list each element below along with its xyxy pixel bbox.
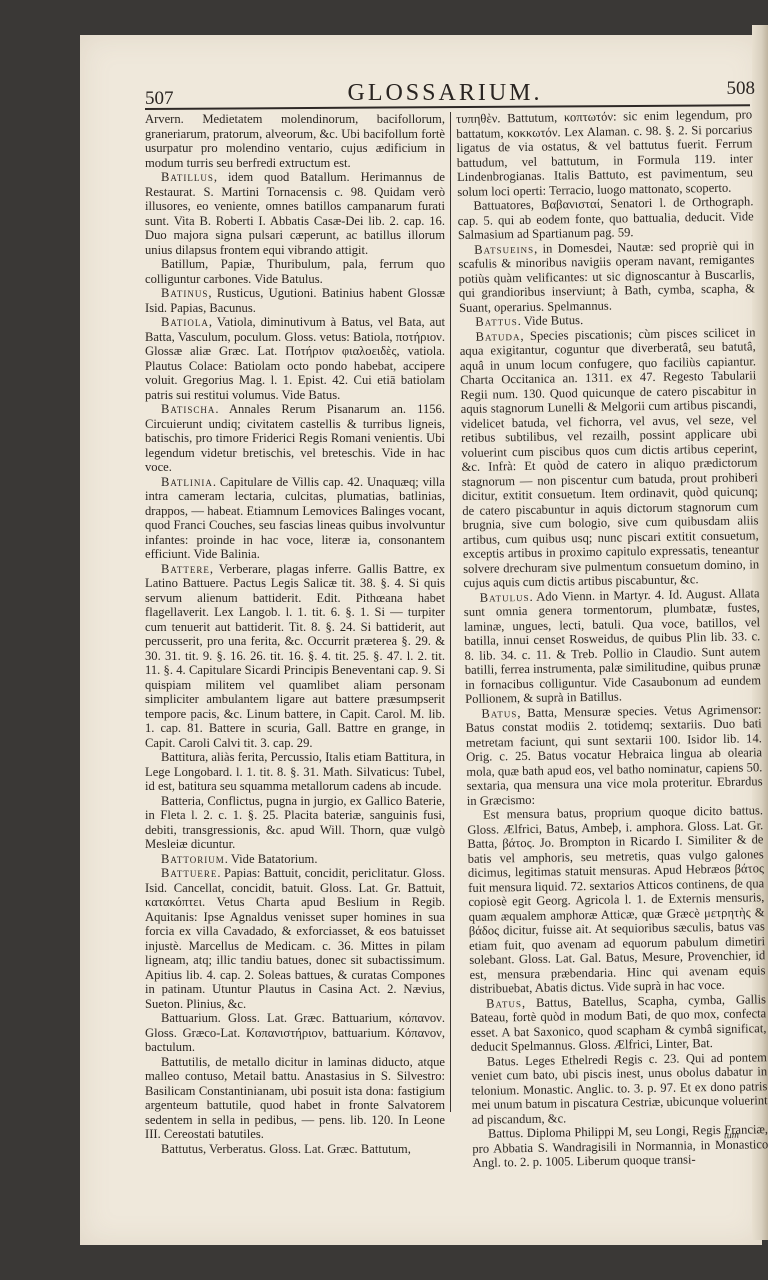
glossary-entry: Batsueins, in Domesdei, Nautæ: sed propr… (458, 238, 755, 315)
entry-headword: Batiola (161, 315, 209, 329)
entry-text: Batus. Leges Ethelredi Regis c. 23. Qui … (471, 1050, 768, 1127)
glossary-entry: Battuarium. Gloss. Lat. Græc. Battuarium… (145, 1011, 445, 1055)
glossary-entry: Batus, Battus, Batellus, Scapha, cymba, … (470, 992, 767, 1055)
entry-text: Est mensura batus, proprium quoque dicit… (467, 803, 765, 996)
entry-text: , Species piscationis; cùm pisces scilic… (460, 325, 760, 590)
entry-text: . Vide Butus. (518, 313, 584, 328)
glossary-entry: Est mensura batus, proprium quoque dicit… (467, 803, 766, 996)
entry-headword: Batischa (161, 402, 215, 416)
glossary-entry: τυπηθὲν. Battutum, κοπτωτόν: sic enim le… (456, 107, 753, 199)
glossary-entry: Batus. Leges Ethelredi Regis c. 23. Qui … (471, 1050, 768, 1127)
catchword: tum (724, 1130, 740, 1142)
entry-headword: Battus (475, 314, 518, 329)
entry-text: . Vide Batatorium. (225, 852, 318, 866)
entry-text: Batillum, Papiæ, Thuribulum, pala, ferru… (145, 257, 445, 286)
entry-text: Arvern. Medietatem molendinorum, bacifol… (145, 112, 445, 170)
entry-text: Battutus, Verberatus. Gloss. Lat. Græc. … (161, 1142, 411, 1156)
entry-text: , Verberare, plagas inferre. Gallis Batt… (145, 562, 445, 750)
running-header: 507 GLOSSARIUM. 508 (145, 78, 745, 108)
glossary-entry: Battuere. Papias: Battuit, concidit, per… (145, 866, 445, 1011)
glossary-entry: Battorium. Vide Batatorium. (145, 852, 445, 867)
entry-headword: Battere (161, 562, 210, 576)
page-number-right: 508 (727, 78, 756, 100)
glossary-entry: Batuda, Species piscationis; cùm pisces … (459, 325, 759, 591)
glossary-entry: Battere, Verberare, plagas inferre. Gall… (145, 562, 445, 751)
glossary-entry: Batillus, idem quod Batallum. Herimannus… (145, 170, 445, 257)
glossary-entry: Battutus, Verberatus. Gloss. Lat. Græc. … (145, 1142, 445, 1157)
column-divider (450, 112, 451, 1112)
glossary-entry: Batlinia. Capitulare de Villis cap. 42. … (145, 475, 445, 562)
right-column: τυπηθὲν. Battutum, κοπτωτόν: sic enim le… (456, 107, 768, 1170)
glossary-entry: Battutilis, de metallo dicitur in lamina… (145, 1055, 445, 1142)
entry-headword: Batulus (480, 589, 530, 604)
left-column: Arvern. Medietatem molendinorum, bacifol… (145, 112, 445, 1156)
entry-headword: Batillus (161, 170, 214, 184)
entry-text: . Ado Vienn. in Martyr. 4. Id. August. A… (464, 586, 761, 706)
entry-headword: Batuda (475, 329, 520, 344)
glossary-entry: Batus, Batta, Mensuræ species. Vetus Agr… (465, 702, 763, 808)
glossary-entry: Batiola, Vatiola, diminutivum à Batus, v… (145, 315, 445, 402)
entry-text: Battuatores, Βαβανισταί, Senatori l. de … (458, 194, 754, 242)
glossary-entry: Batulus. Ado Vienn. in Martyr. 4. Id. Au… (464, 586, 762, 707)
entry-headword: Batus (486, 996, 522, 1011)
entry-headword: Batsueins (474, 241, 534, 256)
entry-text: Battuarium. Gloss. Lat. Græc. Battuarium… (145, 1011, 445, 1054)
entry-headword: Battorium (161, 852, 225, 866)
entry-headword: Battuere (161, 866, 217, 880)
page-title: GLOSSARIUM. (145, 80, 745, 107)
entry-headword: Batus (481, 706, 517, 721)
entry-text: Battitura, aliàs ferita, Percussio, Ital… (145, 750, 445, 793)
glossary-entry: Battitura, aliàs ferita, Percussio, Ital… (145, 750, 445, 794)
glossary-entry: Battuatores, Βαβανισταί, Senatori l. de … (457, 194, 754, 242)
entry-headword: Batlinia (161, 475, 213, 489)
glossary-entry: Batischa. Annales Rerum Pisanarum an. 11… (145, 402, 445, 475)
glossary-entry: Arvern. Medietatem molendinorum, bacifol… (145, 112, 445, 170)
entry-text: . Papias: Battuit, concidit, periclitatu… (145, 866, 445, 1011)
entry-text: τυπηθὲν. Battutum, κοπτωτόν: sic enim le… (456, 107, 753, 198)
entry-text: Batteria, Conflictus, pugna in jurgio, e… (145, 794, 445, 852)
entry-headword: Batinus (161, 286, 208, 300)
glossary-entry: Batinus, Rusticus, Ugutioni. Batinius ha… (145, 286, 445, 315)
glossary-entry: Batillum, Papiæ, Thuribulum, pala, ferru… (145, 257, 445, 286)
glossary-entry: Batteria, Conflictus, pugna in jurgio, e… (145, 794, 445, 852)
entry-text: Battutilis, de metallo dicitur in lamina… (145, 1055, 445, 1142)
